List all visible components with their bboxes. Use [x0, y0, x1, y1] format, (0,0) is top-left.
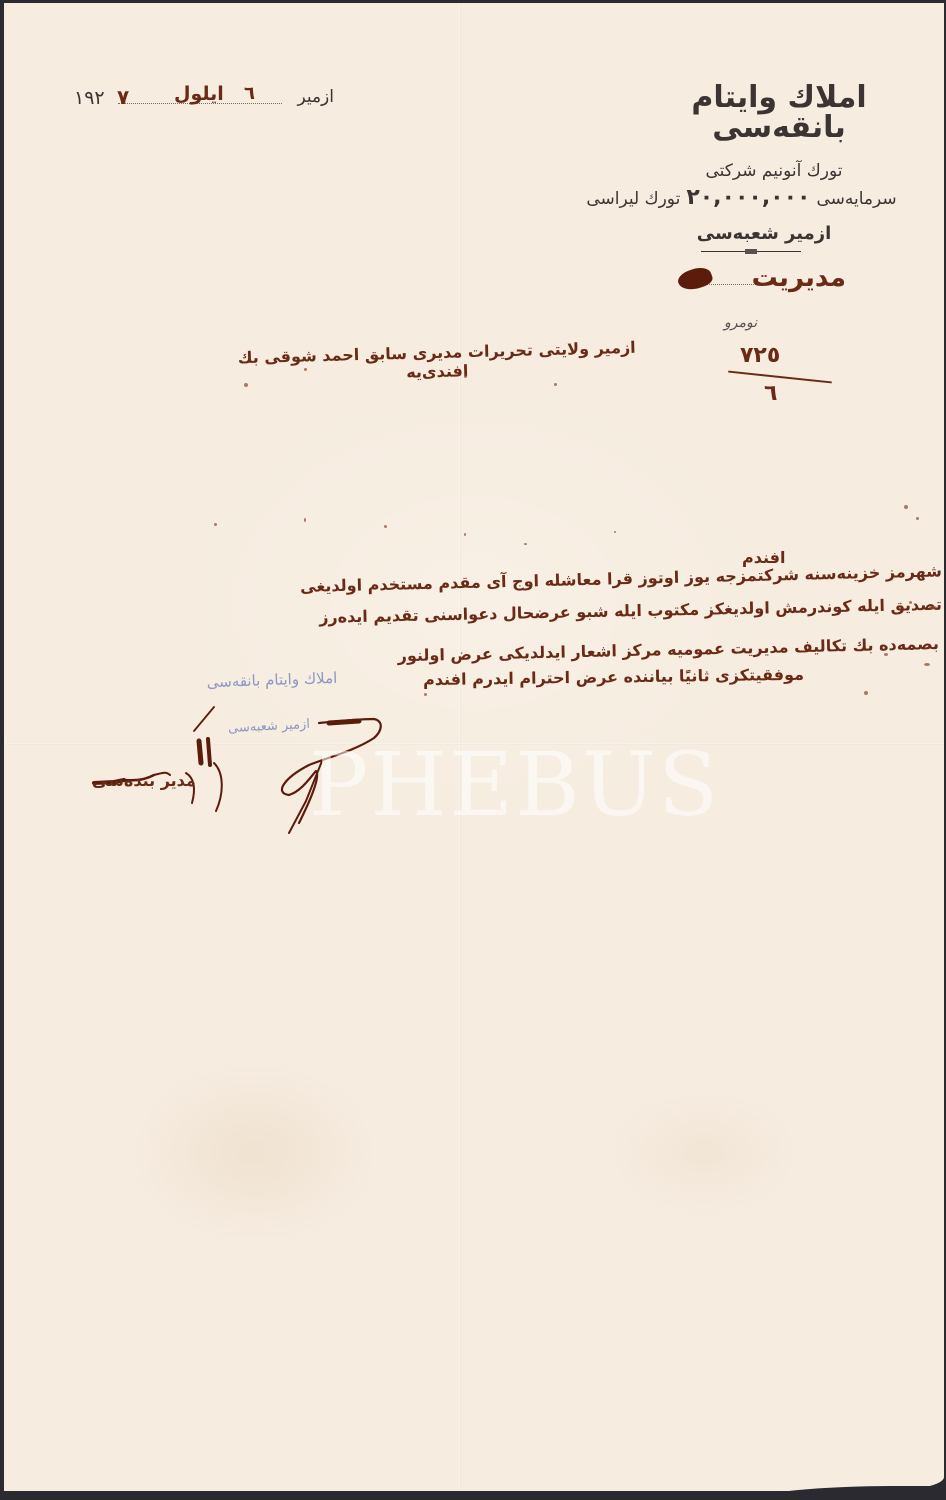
signature-text: مدير بنده‌سی — [92, 771, 196, 790]
reference-subnumber: ٦ — [764, 381, 777, 406]
addressee-line: ازمير ولايتی تحريرات مديری سابق احمد شوق… — [232, 338, 643, 387]
salutation: افندم — [742, 548, 785, 567]
document-sheet: املاك وايتام بانقه‌سی تورك آنونيم شركتی … — [4, 3, 944, 1491]
numero-label: نومرو — [724, 315, 757, 331]
capital-line: سرمایه‌سی ۲۰,۰۰۰,۰۰۰ تورك ليراسی — [564, 185, 919, 210]
date-city: ازمير — [297, 87, 334, 107]
date-day: ٦ — [244, 83, 255, 104]
body-line-2: تصديق ايله كوندرمش اولدیغكز مكتوب ايله ش… — [152, 595, 942, 631]
date-year-printed: ۱۹۲ — [74, 87, 105, 109]
watermark: PHEBUS — [309, 733, 720, 836]
branch-name: ازمير شعبه‌سی — [654, 223, 874, 244]
department-word: مديريت — [752, 263, 846, 293]
bank-name-calligraphy: املاك وايتام بانقه‌سی — [644, 83, 914, 143]
body-line-3: بصمه‌ده بك تكاليف مديريت عموميه مركز اشع… — [144, 634, 939, 671]
ink-mark — [676, 264, 715, 294]
capital-amount: ۲۰,۰۰۰,۰۰۰ — [686, 185, 810, 210]
date-line: ازمير ۱۹۲ ٧ ايلول ٦ — [74, 85, 334, 113]
date-year-handwritten: ٧ — [117, 85, 129, 109]
divider-ornament — [745, 249, 757, 254]
capital-prefix: سرمایه‌سی — [816, 189, 896, 209]
reference-number: ٧٢٥ — [740, 343, 780, 368]
capital-suffix: تورك ليراسی — [586, 189, 680, 209]
reference-fraction-line — [728, 371, 832, 384]
date-month: ايلول — [174, 83, 224, 105]
company-type: تورك آنونيم شركتی — [644, 161, 904, 181]
department-field: مديريت — [676, 265, 846, 305]
body-line-1: شهرمز خزينه‌سنه شركتمزجه يوز اوتوز قرا م… — [152, 561, 942, 599]
